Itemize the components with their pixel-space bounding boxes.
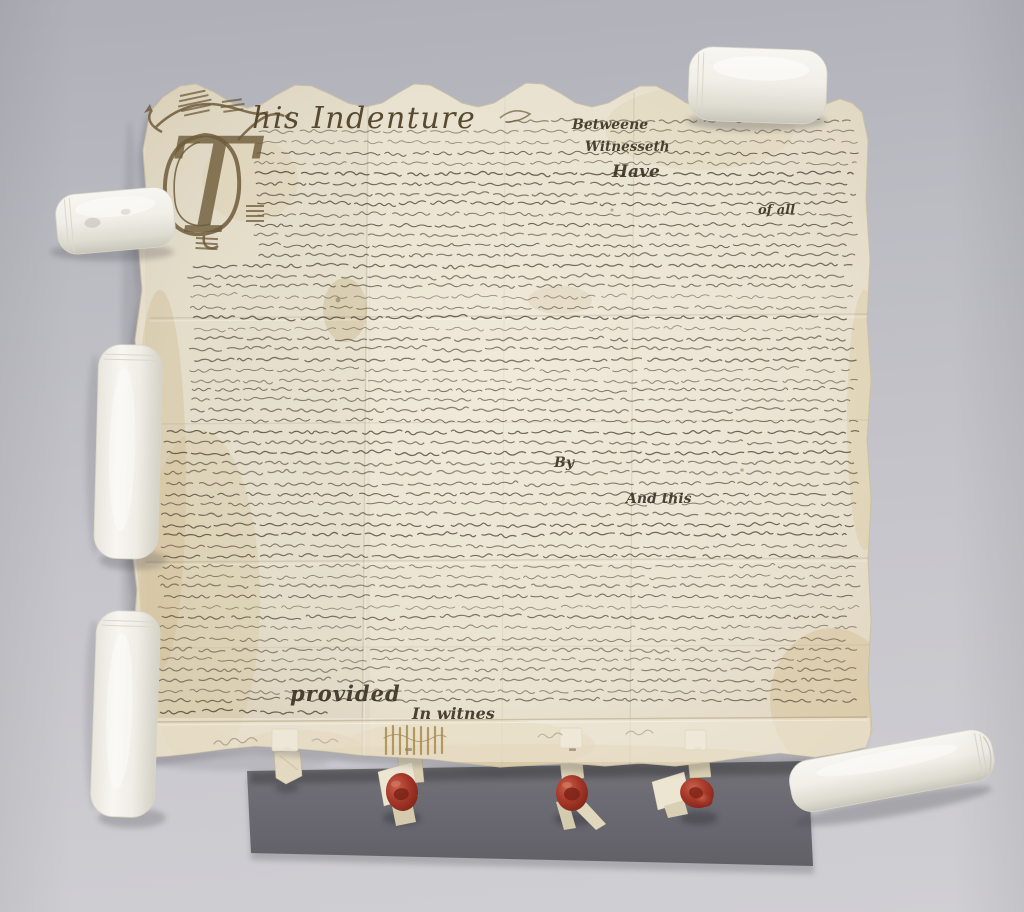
cloth-weight-low-left (90, 610, 161, 818)
repair-patch (272, 729, 298, 751)
scene-svg: T his Indenture B (0, 0, 1024, 912)
word-witnesseth: Witnesseth (585, 139, 670, 155)
repair-patch (685, 730, 706, 750)
word-provided: provided (290, 681, 401, 706)
cloth-weight-left (54, 186, 177, 256)
parchment-document: T his Indenture B (126, 83, 894, 775)
word-by: By (553, 455, 575, 471)
heading-text: his Indenture (252, 101, 476, 136)
photo-stage: T his Indenture B (0, 0, 1024, 912)
word-betweene: Betweene (571, 117, 648, 133)
repair-patch (560, 728, 582, 748)
cloth-weight-top-right (687, 46, 827, 125)
word-and-this: And this (624, 491, 692, 507)
cloth-weight-mid-left (93, 344, 163, 560)
word-in-witnes: In witnes (411, 704, 495, 723)
wax-seal-2 (556, 775, 588, 811)
word-of-all: of all (758, 203, 795, 218)
word-have: Have (611, 162, 660, 182)
support-board (247, 760, 814, 874)
heading-initial-letter: T (168, 110, 265, 264)
